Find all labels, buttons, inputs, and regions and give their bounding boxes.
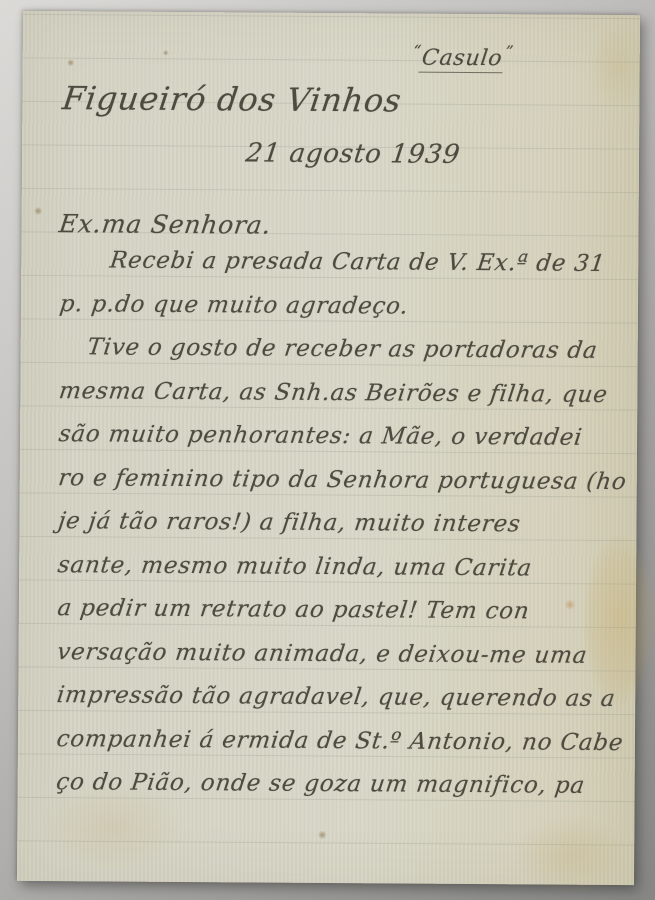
annotation-word: Casulo	[418, 46, 506, 74]
body-line: a pedir um retrato ao pastel! Tem con	[55, 587, 626, 634]
close-quote: ”	[504, 42, 514, 60]
paper-speck	[67, 59, 75, 66]
paper-speck	[564, 600, 576, 610]
body-line: p. p.do que muito agradeço.	[57, 283, 628, 330]
body-line: Tive o gosto de receber as portadoras da	[57, 326, 628, 373]
body-line: sante, mesmo muito linda, uma Carita	[55, 544, 626, 591]
body-line: ço do Pião, onde se goza um magnifico, p…	[54, 761, 625, 808]
body-line: mesma Carta, as Snh.as Beirões e filha, …	[56, 370, 627, 417]
paper-speck	[163, 50, 169, 56]
body-line: versação muito animada, e deixou-me uma	[54, 631, 625, 678]
body-line: Recebi a presada Carta de V. Ex.ª de 31	[57, 239, 628, 286]
letter-paper: “Casulo” Figueiró dos Vinhos 21 agosto 1…	[17, 11, 640, 885]
body-line: são muito penhorantes: a Mãe, o verdadei	[56, 413, 627, 460]
paper-speck	[317, 831, 327, 839]
archival-annotation: “Casulo”	[411, 42, 515, 72]
body-line: ro e feminino tipo da Senhora portuguesa…	[56, 457, 627, 504]
body-line: impressão tão agradavel, que, querendo a…	[54, 674, 625, 721]
photo-background: “Casulo” Figueiró dos Vinhos 21 agosto 1…	[0, 0, 655, 900]
body-line: companhei á ermida de St.º Antonio, no C…	[54, 718, 625, 765]
salutation-line: Ex.ma Senhora.	[57, 209, 273, 239]
foxing-stain	[587, 21, 648, 111]
body-line: je já tão raros!) a filha, muito interes	[55, 500, 626, 547]
paper-speck	[34, 207, 43, 215]
foxing-stain	[512, 814, 633, 895]
place-line: Figueiró dos Vinhos	[60, 79, 404, 119]
date-line: 21 agosto 1939	[244, 138, 462, 169]
letter-body: Recebi a presada Carta de V. Ex.ª de 31 …	[54, 239, 623, 808]
